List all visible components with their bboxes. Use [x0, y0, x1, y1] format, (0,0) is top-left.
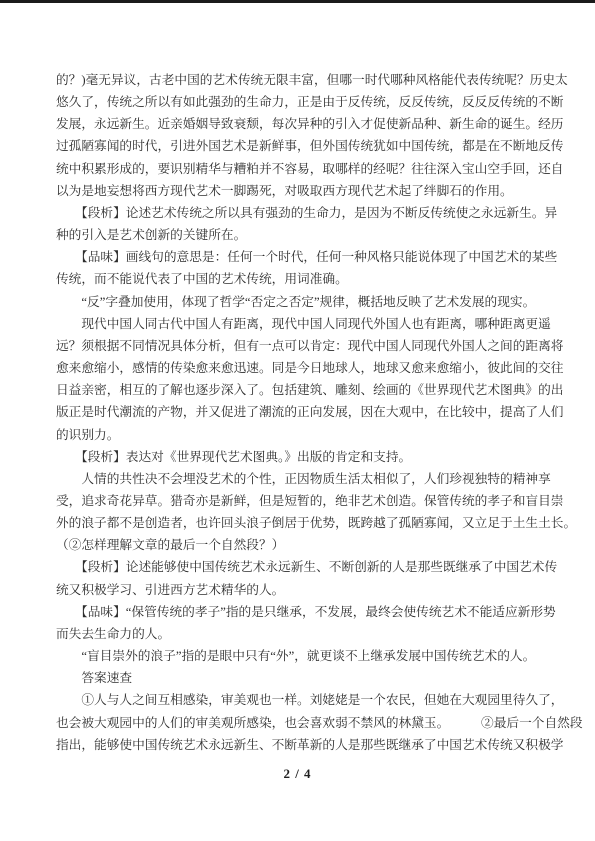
document-page: 的？)毫无异议，古老中国的艺术传统无限丰富，但哪一时代哪种风格能代表传统呢？历史… [0, 0, 595, 841]
text-line: 日益亲密，相互的了解也逐步深入了。包括建筑、雕刻、绘画的《世界现代艺术图典》的出 [56, 379, 542, 401]
text-line: “盲目崇外的浪子”指的是眼中只有“外”，就更谈不上继承发展中国传统艺术的人。 [56, 645, 542, 667]
text-line: （②怎样理解文章的最后一个自然段？） [56, 534, 542, 556]
text-line: 答案速查 [56, 667, 542, 689]
text-line: 统又积极学习、引进西方艺术精华的人。 [56, 579, 542, 601]
text-line: 远？须根据不同情况具体分析，但有一点可以肯定：现代中国人同现代外国人之间的距离将 [56, 335, 542, 357]
document-text: 的？)毫无异议，古老中国的艺术传统无限丰富，但哪一时代哪种风格能代表传统呢？历史… [56, 69, 542, 756]
text-line: 【品味】画线句的意思是：任何一个时代，任何一种风格只能说体现了中国艺术的某些 [56, 246, 542, 268]
text-line: 种的引入是艺术创新的关键所在。 [56, 224, 542, 246]
text-line: “反”字叠加使用，体现了哲学“否定之否定”规律，概括地反映了艺术发展的现实。 [56, 291, 542, 313]
top-border-strip [0, 0, 595, 3]
text-line: 悠久了，传统之所以有如此强劲的生命力，正是由于反传统，反反传统，反反反传统的不断 [56, 91, 542, 113]
text-line: 统中积累形成的，要识别精华与糟粕并不容易，取哪样的经呢？往往深入宝山空手回，还自 [56, 158, 542, 180]
text-line: 版正是时代潮流的产物，并又促进了潮流的正向发展，因在大观中，在比较中，提高了人们 [56, 401, 542, 423]
text-line: 指出，能够使中国传统艺术永远新生、不断革新的人是那些既继承了中国艺术传统又积极学 [56, 734, 542, 756]
text-line: 传统，而不能说代表了中国的艺术传统，用词准确。 [56, 268, 542, 290]
page-number: 2 / 4 [0, 766, 595, 782]
text-line: 外的浪子都不是创造者，也许回头浪子倒居于优势，既跨越了孤陋寡闻，又立足于土生土长… [56, 512, 542, 534]
text-line: 【段析】论述艺术传统之所以具有强劲的生命力，是因为不断反传统使之永远新生。异 [56, 202, 542, 224]
text-line: 过孤陋寡闻的时代，引进外国艺术是新鲜事，但外国传统犹如中国传统，都是在不断地反传 [56, 135, 542, 157]
text-line: 也会被大观园中的人们的审美观所感染，也会喜欢弱不禁风的林黛玉。 ②最后一个自然段 [56, 712, 542, 734]
text-line: 以为是地妄想将西方现代艺术一脚踢死，对吸取西方现代艺术起了绊脚石的作用。 [56, 180, 542, 202]
text-line: 愈来愈缩小，感情的传染愈来愈迅速。同是今日地球人，地球又愈来愈缩小，彼此间的交往 [56, 357, 542, 379]
text-line: 的？)毫无异议，古老中国的艺术传统无限丰富，但哪一时代哪种风格能代表传统呢？历史… [56, 69, 542, 91]
text-line: 发展，永远新生。近亲婚姻导致衰颓，每次异种的引入才促使新品种、新生命的诞生。经历 [56, 113, 542, 135]
text-line: 【品味】“保管传统的孝子”指的是只继承，不发展，最终会使传统艺术不能适应新形势 [56, 601, 542, 623]
text-line: 现代中国人同古代中国人有距离，现代中国人同现代外国人也有距离，哪种距离更遥 [56, 313, 542, 335]
text-line: 【段析】论述能够使中国传统艺术永远新生、不断创新的人是那些既继承了中国艺术传 [56, 556, 542, 578]
text-line: ①人与人之间互相感染，审美观也一样。刘姥姥是一个农民，但她在大观园里待久了， [56, 689, 542, 711]
text-line: 【段析】表达对《世界现代艺术图典。》出版的肯定和支持。 [56, 446, 542, 468]
text-line: 的识别力。 [56, 424, 542, 446]
text-line: 而失去生命力的人。 [56, 623, 542, 645]
text-line: 受，追求奇花异草。猎奇亦是新鲜，但是短暂的，绝非艺术创造。保管传统的孝子和盲目崇 [56, 490, 542, 512]
text-line: 人情的共性决不会埋没艺术的个性，正因物质生活太相似了，人们珍视独特的精神享 [56, 468, 542, 490]
